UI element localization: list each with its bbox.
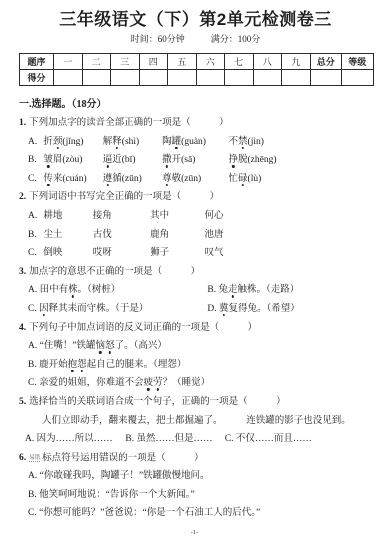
- score-table-cell: 六: [196, 54, 225, 70]
- option-item: 狮子: [150, 244, 202, 263]
- question-5-options: A. 因为……所以…… B. 虽然……但是…… C. 不仅……而且……: [19, 430, 372, 449]
- option-item: B. 兔走触株。（走路）: [207, 281, 299, 300]
- question-1-option-c: C. 传来(cuán) 遵循(zūn) 尊敬(zūn) 忙碌(lù): [19, 170, 372, 189]
- option-item: 哎呀: [93, 244, 148, 263]
- option-item: 传来(cuán): [43, 170, 100, 189]
- time-label: 时间：60分钟: [131, 34, 185, 44]
- option-item: 耕地: [43, 207, 90, 226]
- option-item: A. 田中有株。（树桩）: [28, 281, 205, 300]
- score-cell-empty: [111, 70, 140, 86]
- option-item: 古伐: [93, 226, 148, 245]
- score-table-cell: 七: [225, 54, 254, 70]
- option-item: 陶罐(guàn): [162, 133, 226, 152]
- score-table-cell: 总分: [310, 54, 342, 70]
- paper-title: 三年级语文（下）第2单元检测卷三: [19, 8, 372, 32]
- question-1-option-a: A. 折颈(jǐng) 解释(shì) 陶罐(guàn) 不禁(jìn): [19, 133, 372, 152]
- score-table-cell: 等级: [342, 54, 374, 70]
- option-item: 逼近(bī): [103, 151, 160, 170]
- question-4-option-b: B. 鹿开始抱怨起自己的腿来。（埋怨）: [19, 356, 372, 375]
- question-4-stem: 4.下列句子中加点词语的反义词正确的一项是（ ）: [19, 319, 372, 338]
- question-3-text: 加点字的意思不正确的一项是（ ）: [29, 267, 200, 277]
- question-1-text: 下列加点字的读音全部正确的一项是（ ）: [29, 118, 229, 128]
- question-6-number: 6.: [19, 453, 26, 463]
- paper-meta: 时间：60分钟满分：100分: [19, 32, 372, 46]
- score-cell-empty: [253, 70, 282, 86]
- option-item: 尊敬(zūn): [162, 170, 226, 189]
- score-cell-empty: [342, 70, 374, 86]
- option-item: 鹿角: [150, 226, 202, 245]
- question-6-option-b: B. 他笑呵呵地说：“告诉你一个大新闻。”: [19, 486, 372, 505]
- option-item: 其中: [150, 207, 202, 226]
- score-table-cell: 二: [82, 54, 111, 70]
- question-2-stem: 2.下列词语中书写完全正确的一项是（ ）: [19, 188, 372, 207]
- question-5-number: 5.: [19, 397, 26, 407]
- question-6-tag-badge: 易错: [29, 455, 40, 462]
- option-item: 池唐: [205, 226, 224, 245]
- question-3-stem: 3.加点字的意思不正确的一项是（ ）: [19, 263, 372, 282]
- score-table-header-row: 题序 一 二 三 四 五 六 七 八 九 总分 等级: [20, 54, 374, 70]
- option-item: B. 虽然……但是……: [125, 430, 222, 449]
- score-cell-empty: [282, 70, 311, 86]
- question-2-number: 2.: [19, 192, 26, 202]
- score-table-cell: 三: [111, 54, 140, 70]
- option-label: B.: [28, 226, 41, 245]
- score-table-cell: 八: [253, 54, 282, 70]
- score-table: 题序 一 二 三 四 五 六 七 八 九 总分 等级 得分: [19, 53, 374, 86]
- option-item: 不禁(jìn): [229, 133, 264, 152]
- question-4-number: 4.: [19, 323, 26, 333]
- option-item: C. 因释其耒而守株。（于是）: [28, 300, 205, 319]
- score-cell-empty: [139, 70, 168, 86]
- option-item: 尘土: [43, 226, 90, 245]
- question-1-stem: 1.下列加点字的读音全部正确的一项是（ ）: [19, 114, 372, 133]
- option-label: C.: [28, 170, 41, 189]
- score-cell-empty: [54, 70, 83, 86]
- question-1-option-b: B. 皱眉(zòu) 逼近(bī) 撒开(sā) 挣脱(zhēng): [19, 151, 372, 170]
- score-table-cell: 九: [282, 54, 311, 70]
- score-table-cell: 五: [168, 54, 197, 70]
- score-table-cell: 一: [54, 54, 83, 70]
- question-5-stem: 5.选择恰当的关联词语合成一个句子，正确的一项是（ ）: [19, 393, 372, 412]
- page-number: -1-: [0, 529, 389, 536]
- option-label: A.: [28, 133, 41, 152]
- question-6-option-c: C. “你想可能吗？”爸爸说：“你是一个石油工人的后代。”: [19, 504, 372, 523]
- score-table-cell: 四: [139, 54, 168, 70]
- option-item: D. 冀复得兔。（希望）: [207, 300, 299, 319]
- option-item: A. 因为……所以……: [25, 430, 123, 449]
- question-2-option-c: C. 倒映 哎呀 狮子 叹气: [19, 244, 372, 263]
- question-3-number: 3.: [19, 267, 26, 277]
- question-5-text: 选择恰当的关联词语合成一个句子，正确的一项是（ ）: [29, 397, 286, 407]
- question-6-option-a: A. “你敢碰我吗，陶罐子！”铁罐傲慢地问。: [19, 467, 372, 486]
- score-row-label: 得分: [20, 70, 54, 86]
- option-item: 挣脱(zhēng): [229, 151, 277, 170]
- option-item: 解释(shì): [103, 133, 160, 152]
- option-item: 何心: [205, 207, 224, 226]
- question-4-option-a: A. “住嘴！”铁罐恼怒了。（高兴）: [19, 337, 372, 356]
- question-2-text: 下列词语中书写完全正确的一项是（ ）: [29, 192, 219, 202]
- score-cell-empty: [82, 70, 111, 86]
- test-paper-page: 三年级语文（下）第2单元检测卷三 时间：60分钟满分：100分 题序 一 二 三…: [0, 0, 389, 540]
- question-4-option-c: C. 亲爱的姐姐，你难道不会疲劳？（睡觉）: [19, 374, 372, 393]
- option-item: 折颈(jǐng): [43, 133, 100, 152]
- option-item: 遵循(zūn): [103, 170, 160, 189]
- full-score-label: 满分：100分: [211, 34, 261, 44]
- question-6-text: 标点符号运用错误的一项是（ ）: [42, 453, 204, 463]
- option-item: 倒映: [43, 244, 90, 263]
- score-cell-empty: [168, 70, 197, 86]
- option-item: 叹气: [205, 244, 224, 263]
- option-item: 皱眉(zòu): [43, 151, 100, 170]
- option-item: 撒开(sā): [162, 151, 226, 170]
- question-4-text: 下列句子中加点词语的反义词正确的一项是（ ）: [29, 323, 257, 333]
- question-2-option-a: A. 耕地 接角 其中 何心: [19, 207, 372, 226]
- section-one-heading: 一.选择题。（18分）: [19, 95, 372, 114]
- option-item: 接角: [93, 207, 148, 226]
- option-label: C.: [28, 244, 41, 263]
- option-item: C. 不仅……而且……: [225, 430, 312, 449]
- question-6-stem: 6.易错标点符号运用错误的一项是（ ）: [19, 449, 372, 468]
- score-table-cell: 题序: [20, 54, 54, 70]
- score-cell-empty: [225, 70, 254, 86]
- option-label: A.: [28, 207, 41, 226]
- score-table-score-row: 得分: [20, 70, 374, 86]
- score-cell-empty: [196, 70, 225, 86]
- question-3-options-ab: A. 田中有株。（树桩） B. 兔走触株。（走路）: [19, 281, 372, 300]
- question-3-options-cd: C. 因释其耒而守株。（于是） D. 冀复得兔。（希望）: [19, 300, 372, 319]
- question-2-option-b: B. 尘土 古伐 鹿角 池唐: [19, 226, 372, 245]
- option-item: 忙碌(lù): [229, 170, 262, 189]
- question-1-number: 1.: [19, 118, 26, 128]
- score-cell-empty: [310, 70, 342, 86]
- question-5-context-sentence: 人们立即动手，翻来覆去，把土都掘遍了。 连铁罐的影子也没见到。: [19, 412, 372, 431]
- option-label: B.: [28, 151, 41, 170]
